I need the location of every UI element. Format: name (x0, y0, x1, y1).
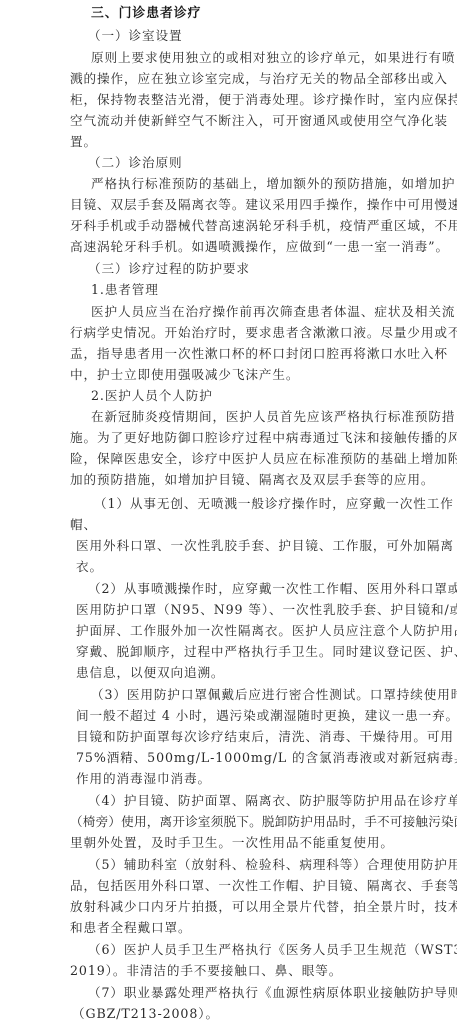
numbered-point-line: （6）医护人员手卫生严格执行《医务人员手卫生规范（WST313- (88, 940, 457, 960)
paragraph-line: 医护人员应当在治疗操作前再次筛查患者体温、症状及相关流 (91, 302, 455, 322)
paragraph-line: 置。 (70, 132, 97, 152)
paragraph-line: 险，保障医患安全，诊疗中医护人员应在标准预防的基础上增加附 (70, 449, 457, 469)
numbered-point-line: 穿戴、脱卸顺序，过程中严格执行手卫生。同时建议登记医、护、 (76, 642, 457, 662)
numbered-point-line: 帽、 (70, 515, 97, 535)
numbered-point-line: （3）医用防护口罩佩戴后应进行密合性测试。口罩持续使用时 (91, 685, 457, 705)
numbered-point-line: （5）辅助科室（放射科、检验科、病理科等）合理使用防护用 (88, 855, 457, 875)
paragraph-line: 目镜、双层手套及隔离衣等。建议采用四手操作，操作中可用慢速 (70, 195, 457, 215)
paragraph-line: 行病学史情况。开始治疗时，要求患者含漱漱口液。尽量少用或不用痰 (70, 323, 457, 343)
paragraph-line: 盂，指导患者用一次性漱口杯的杯口封闭口腔再将漱口水吐入杯 (70, 344, 448, 364)
paragraph-line: 溅的操作，应在独立诊室完成，与治疗无关的物品全部移出或入 (70, 69, 448, 89)
item-heading: 2.医护人员个人防护 (91, 386, 213, 406)
numbered-point-line: 衣。 (76, 557, 103, 577)
numbered-point-line: 护面屏、工作服外加一次性隔离衣。医护人员应注意个人防护用品 (76, 621, 457, 641)
numbered-point-line: （椅旁）使用，离开诊室须脱下。脱卸防护用品时，手不可接触污染面， (70, 812, 457, 832)
paragraph-line: 柜，保持物表整洁光滑，便于消毒处理。诊疗操作时，室内应保持 (70, 90, 457, 110)
numbered-point-line: 目镜和防护面罩每次诊疗结束后，清洗、消毒、干燥待用。可用 (76, 727, 454, 747)
paragraph-line: 牙科手机或手动器械代替高速涡轮牙科手机，疫情严重区域，不用 (70, 216, 457, 236)
paragraph-line: 空气流动并使新鲜空气不断注入，可开窗通风或使用空气净化装 (70, 111, 448, 131)
numbered-point-line: 间一般不超过 4 小时，遇污染或潮湿随时更换，建议一患一弃。护 (76, 706, 457, 726)
numbered-point-line: 里朝外处置，及时手卫生。一次性用品不能重复使用。 (70, 833, 394, 853)
paragraph-line: 在新冠肺炎疫情期间，医护人员首先应该严格执行标准预防措 (91, 407, 455, 427)
numbered-point-line: 品，包括医用外科口罩、一次性工作帽、护目镜、隔离衣、手套等。 (70, 876, 457, 896)
numbered-point-line: （7）职业暴露处理严格执行《血源性病原体职业接触防护导则》 (88, 983, 457, 1003)
numbered-point-line: （4）护目镜、防护面罩、隔离衣、防护服等防护用品在诊疗单元 (88, 791, 457, 811)
numbered-point-line: （1）从事无创、无喷溅一般诊疗操作时，应穿戴一次性工作 (94, 494, 454, 514)
numbered-point-line: 2019）。非清洁的手不要接触口、鼻、眼等。 (70, 961, 342, 981)
numbered-point-line: （GBZ/T213-2008）。 (72, 1004, 219, 1024)
numbered-point-line: 患信息，以便双向追溯。 (76, 663, 224, 683)
subsection-heading: （二）诊治原则 (88, 153, 182, 173)
paragraph-line: 加的预防措施，如增加护目镜、隔离衣及双层手套等的应用。 (70, 470, 434, 490)
paragraph-line: 高速涡轮牙科手机。如遇喷溅操作，应做到“一患一室一消毒”。 (70, 237, 449, 257)
numbered-point-line: （2）从事喷溅操作时，应穿戴一次性工作帽、医用外科口罩或 (88, 579, 457, 599)
paragraph-line: 原则上要求使用独立的或相对独立的诊疗单元，如果进行有喷 (91, 48, 455, 68)
item-heading: 1.患者管理 (91, 280, 159, 300)
paragraph-line: 中，护士立即使用强吸减少飞沫产生。 (70, 365, 299, 385)
paragraph-line: 严格执行标准预防的基础上，增加额外的预防措施，如增加护 (91, 174, 455, 194)
numbered-point-line: 医用外科口罩、一次性乳胶手套、护目镜、工作服，可外加隔离 (76, 536, 454, 556)
section-title: 三、门诊患者诊疗 (91, 4, 201, 24)
numbered-point-line: 作用的消毒湿巾消毒。 (76, 769, 211, 789)
paragraph-line: 施。为了更好地防御口腔诊疗过程中病毒通过飞沫和接触传播的风 (70, 428, 457, 448)
numbered-point-line: 和患者全程戴口罩。 (70, 918, 191, 938)
numbered-point-line: 医用防护口罩（N95、N99 等）、一次性乳胶手套、护目镜和/或防 (76, 600, 457, 620)
subsection-heading: （三）诊疗过程的防护要求 (88, 259, 250, 279)
subsection-heading: （一）诊室设置 (88, 26, 182, 46)
numbered-point-line: 75%酒精、500mg/L-1000mg/L 的含氯消毒液或对新冠病毒具有杀灭 (76, 748, 457, 768)
numbered-point-line: 放射科减少口内牙片拍摄，可以用全景片代替，拍全景片时，技术员 (70, 897, 457, 917)
